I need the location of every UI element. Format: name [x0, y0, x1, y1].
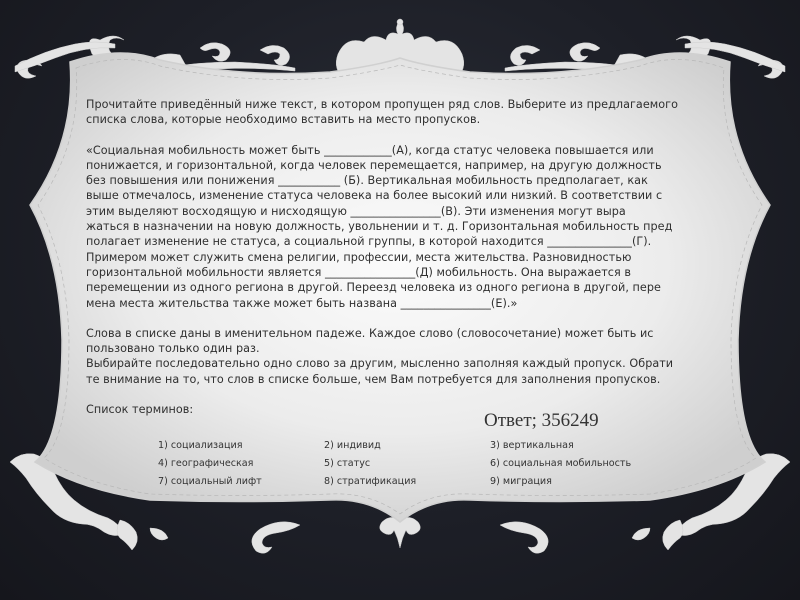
term-item: 2) индивид: [324, 440, 490, 452]
passage-line: Примером может служить смена религии, пр…: [86, 250, 726, 265]
passage-line: жаться в назначении на новую должность, …: [86, 219, 726, 234]
term-item: 7) социальный лифт: [158, 476, 324, 488]
passage-line: этим выделяют восходящую и нисходящую __…: [86, 204, 726, 219]
instruction-line: те внимание на то, что слов в списке бол…: [86, 372, 726, 387]
intro: Прочитайте приведённый ниже текст, в кот…: [86, 97, 726, 128]
term-item: 8) стратификация: [324, 476, 490, 488]
passage-line: полагает изменение не статуса, а социаль…: [86, 234, 726, 249]
instruction-line: Слова в списке даны в именительном падеж…: [86, 326, 726, 341]
intro-line: списка слова, которые необходимо вставит…: [86, 112, 726, 127]
term-item: 4) географическая: [158, 458, 324, 470]
passage-line: без повышения или понижения ___________ …: [86, 173, 726, 188]
passage-line: «Социальная мобильность может быть _____…: [86, 143, 726, 158]
passage-line: перемещении из одного региона в другой. …: [86, 280, 726, 295]
term-item: 5) статус: [324, 458, 490, 470]
intro-line: Прочитайте приведённый ниже текст, в кот…: [86, 97, 726, 112]
passage-line: горизонтальной мобильности является ____…: [86, 265, 726, 280]
answer: Ответ; 356249: [484, 410, 599, 432]
terms-list: 1) социализация 2) индивид 3) вертикальн…: [158, 440, 658, 488]
passage: «Социальная мобильность может быть _____…: [86, 143, 726, 311]
slide-content: Прочитайте приведённый ниже текст, в кот…: [86, 97, 726, 417]
passage-line: мена места жительства также может быть н…: [86, 296, 726, 311]
passage-line: выше отмечалось, изменение статуса челов…: [86, 188, 726, 203]
instruction-line: Выбирайте последовательно одно слово за …: [86, 356, 726, 371]
passage-line: понижается, и горизонтальной, когда чело…: [86, 158, 726, 173]
instructions: Слова в списке даны в именительном падеж…: [86, 326, 726, 387]
term-item: 3) вертикальная: [490, 440, 658, 452]
instruction-line: пользовано только один раз.: [86, 341, 726, 356]
terms-heading: Список терминов:: [86, 402, 726, 417]
term-item: 9) миграция: [490, 476, 658, 488]
term-item: 6) социальная мобильность: [490, 458, 658, 470]
term-item: 1) социализация: [158, 440, 324, 452]
